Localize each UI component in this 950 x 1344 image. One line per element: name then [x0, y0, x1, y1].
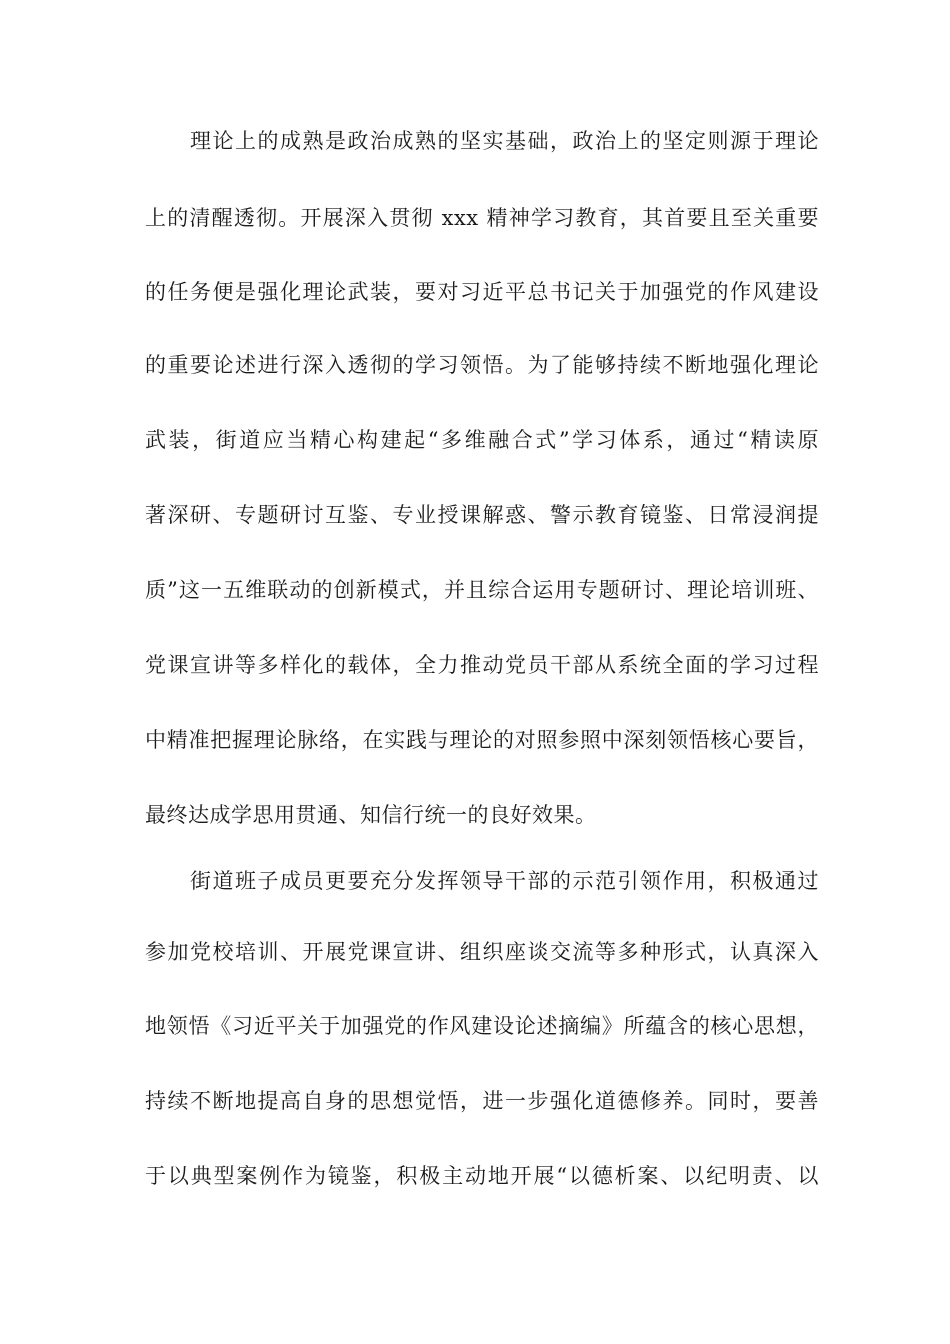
paragraph-1-line-5: 武装，街道应当精心构建起“多维融合式”学习体系，通过“精读原: [145, 425, 819, 455]
paragraph-1-line-3: 的任务便是强化理论武装，要对习近平总书记关于加强党的作风建设: [145, 277, 819, 307]
paragraph-1-line-7: 质”这一五维联动的创新模式，并且综合运用专题研讨、理论培训班、: [145, 575, 819, 605]
paragraph-1-line-8: 党课宣讲等多样化的载体，全力推动党员干部从系统全面的学习过程: [145, 650, 819, 680]
document-page: 理论上的成熟是政治成熟的坚实基础，政治上的坚定则源于理论 上的清醒透彻。开展深入…: [0, 0, 950, 1344]
paragraph-2-line-5: 于以典型案例作为镜鉴，积极主动地开展“以德析案、以纪明责、以: [145, 1161, 819, 1191]
paragraph-2-line-3: 地领悟《习近平关于加强党的作风建设论述摘编》所蕴含的核心思想，: [145, 1011, 819, 1041]
paragraph-1-line-4: 的重要论述进行深入透彻的学习领悟。为了能够持续不断地强化理论: [145, 350, 819, 380]
paragraph-2-line-4: 持续不断地提高自身的思想觉悟，进一步强化道德修养。同时，要善: [145, 1086, 819, 1116]
paragraph-1-line-9: 中精准把握理论脉络，在实践与理论的对照参照中深刻领悟核心要旨，: [145, 725, 819, 755]
paragraph-1-line-10: 最终达成学思用贯通、知信行统一的良好效果。: [145, 800, 819, 830]
paragraph-2-line-1: 街道班子成员更要充分发挥领导干部的示范引领作用，积极通过: [190, 866, 819, 896]
paragraph-1-line-2: 上的清醒透彻。开展深入贯彻 xxx 精神学习教育，其首要且至关重要: [145, 203, 819, 233]
paragraph-2-line-2: 参加党校培训、开展党课宣讲、组织座谈交流等多种形式，认真深入: [145, 937, 819, 967]
paragraph-1-line-6: 著深研、专题研讨互鉴、专业授课解惑、警示教育镜鉴、日常浸润提: [145, 500, 819, 530]
paragraph-1-line-1: 理论上的成熟是政治成熟的坚实基础，政治上的坚定则源于理论: [190, 126, 819, 156]
